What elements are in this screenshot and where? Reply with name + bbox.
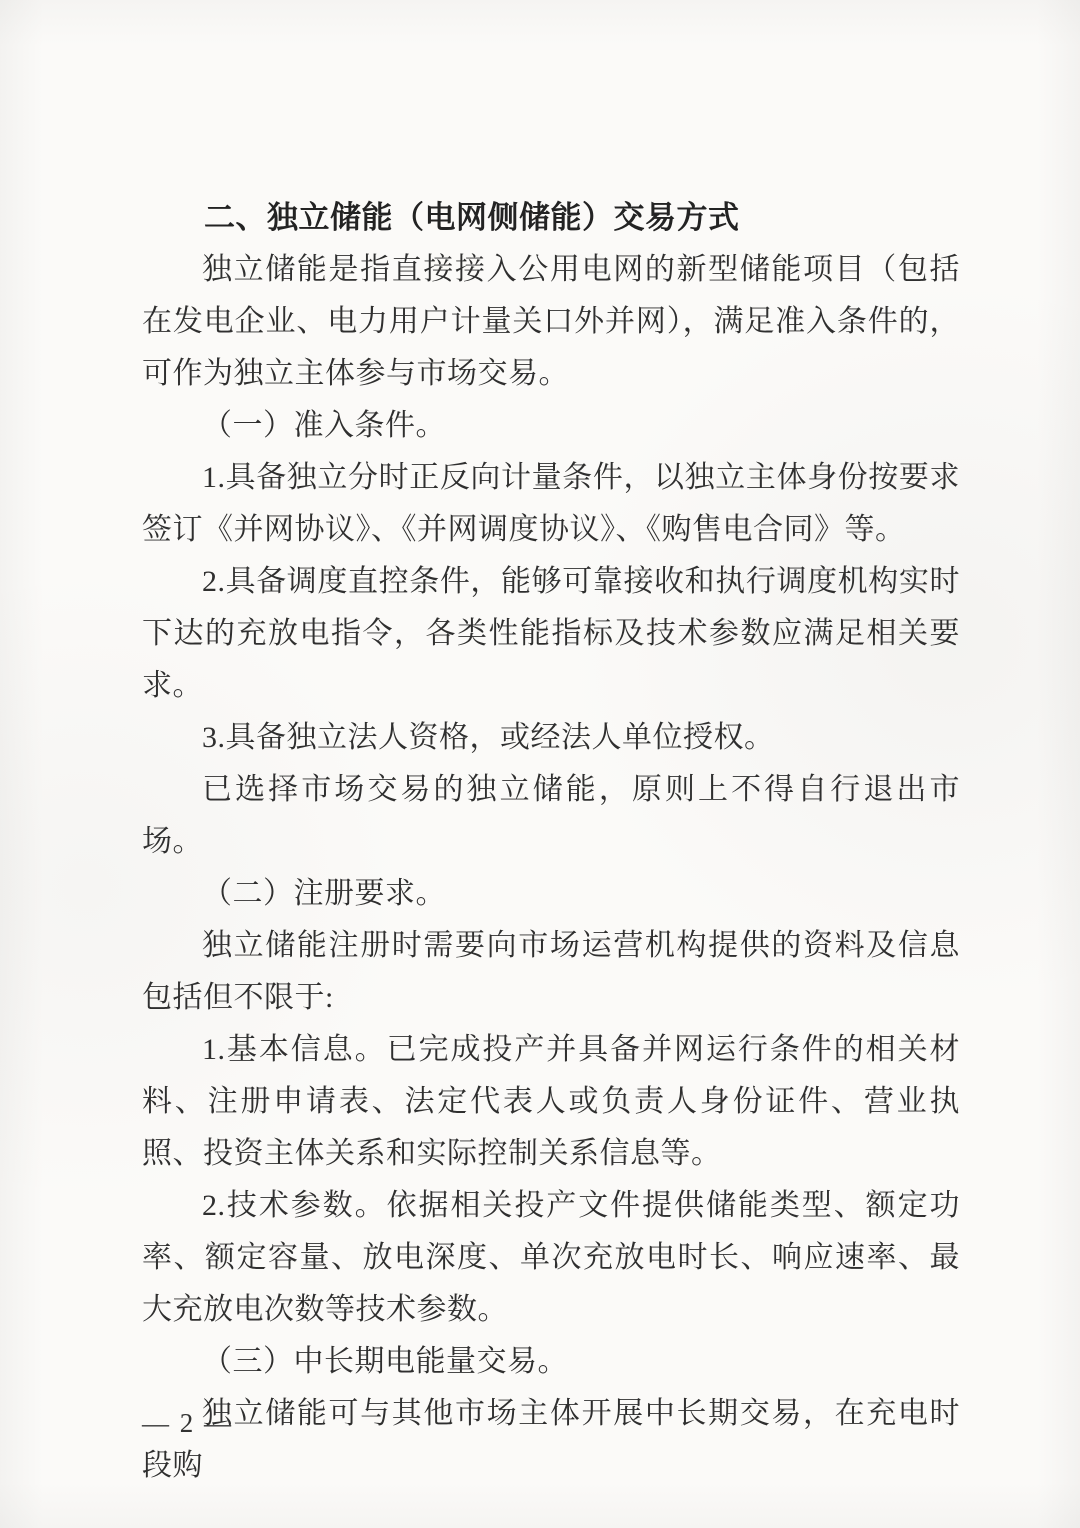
section-heading: 二、独立储能（电网侧储能）交易方式 [142, 192, 960, 244]
page-number: — 2 — [142, 1408, 233, 1439]
sub-section-label-1: （一）准入条件。 [142, 400, 960, 452]
document-body: 二、独立储能（电网侧储能）交易方式 独立储能是指直接接入公用电网的新型储能项目（… [142, 192, 960, 1492]
paragraph-item-1: 1.具备独立分时正反向计量条件，以独立主体身份按要求签订《并网协议》、《并网调度… [142, 452, 960, 556]
paragraph-register: 独立储能注册时需要向市场运营机构提供的资料及信息包括但不限于: [142, 920, 960, 1024]
sub-section-label-2: （二）注册要求。 [142, 868, 960, 920]
paragraph-note: 已选择市场交易的独立储能，原则上不得自行退出市场。 [142, 764, 960, 868]
paragraph-intro: 独立储能是指直接接入公用电网的新型储能项目（包括在发电企业、电力用户计量关口外并… [142, 244, 960, 400]
paragraph-item-2: 2.具备调度直控条件，能够可靠接收和执行调度机构实时下达的充放电指令，各类性能指… [142, 556, 960, 712]
document-page: { "page": { "background_color": "#fbfaf8… [0, 0, 1080, 1528]
paragraph-tech-params: 2.技术参数。依据相关投产文件提供储能类型、额定功率、额定容量、放电深度、单次充… [142, 1180, 960, 1336]
paragraph-basic-info: 1.基本信息。已完成投产并具备并网运行条件的相关材料、注册申请表、法定代表人或负… [142, 1024, 960, 1180]
sub-section-label-3: （三）中长期电能量交易。 [142, 1336, 960, 1388]
paragraph-mid-long: 独立储能可与其他市场主体开展中长期交易，在充电时段购 [142, 1388, 960, 1492]
paragraph-item-3: 3.具备独立法人资格，或经法人单位授权。 [142, 712, 960, 764]
